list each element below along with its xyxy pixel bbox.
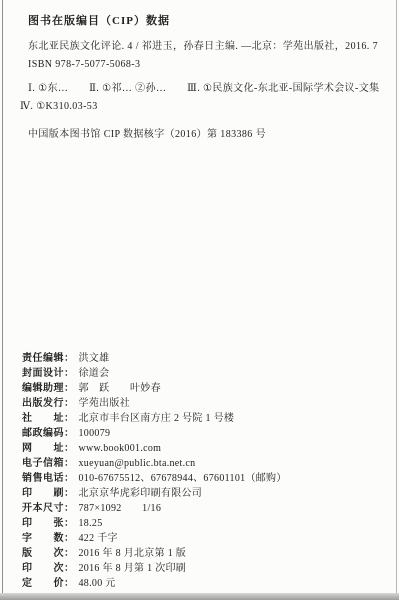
colophon-row-label: 印 次： [22,561,75,576]
colophon-row-label: 销售电话： [22,471,75,486]
colophon-row: 封面设计： 徐道会 [22,366,389,381]
colophon-row: 版 次： 2016 年 8 月北京第 1 版 [22,546,389,561]
cip-title-line: 东北亚民族文化评论. 4 / 祁进玉，孙春日主编. —北京：学苑出版社，2016… [28,38,387,56]
cip-header: 图书在版编目（CIP）数据 [28,12,387,28]
colophon-row-value: 100079 [79,426,111,441]
colophon-row-value: 2016 年 8 月北京第 1 版 [79,546,187,561]
colophon-row-value: xueyuan@public.bta.net.cn [79,456,196,471]
colophon-block: 责任编辑： 洪文雄 封面设计： 徐道会 编辑助理： 郭 跃 叶妙春 出版发行： … [22,351,389,591]
cip-isbn-line: ISBN 978-7-5077-5068-3 [28,56,387,74]
colophon-row-value: 18.25 [79,516,103,531]
colophon-row-value: 北京市丰台区南方庄 2 号院 1 号楼 [79,411,235,426]
colophon-row: 出版发行： 学苑出版社 [22,396,389,411]
colophon-row-label: 电子信箱： [22,456,75,471]
colophon-row: 印 次： 2016 年 8 月第 1 次印刷 [22,561,389,576]
colophon-row: 电子信箱： xueyuan@public.bta.net.cn [22,456,389,471]
book-copyright-page: 图书在版编目（CIP）数据 东北亚民族文化评论. 4 / 祁进玉，孙春日主编. … [0,0,399,600]
colophon-row: 字 数： 422 千字 [22,531,389,546]
colophon-row: 网 址： www.book001.com [22,441,389,456]
colophon-row-value: 徐道会 [79,366,110,381]
colophon-row: 责任编辑： 洪文雄 [22,351,389,366]
colophon-row: 社 址： 北京市丰台区南方庄 2 号院 1 号楼 [22,411,389,426]
colophon-row-label: 字 数： [22,531,75,546]
colophon-row-value: www.book001.com [79,441,162,456]
colophon-row: 印 刷： 北京京华虎彩印刷有限公司 [22,486,389,501]
colophon-row-value: 学苑出版社 [79,396,131,411]
colophon-row-value: 787×1092 1/16 [79,501,162,516]
colophon-row-label: 社 址： [22,411,75,426]
colophon-row-label: 网 址： [22,441,75,456]
colophon-row-value: 48.00 元 [79,576,116,591]
colophon-row-label: 封面设计： [22,366,75,381]
scan-edge-bottom [0,593,399,600]
cip-classification-line-2: Ⅳ. ①K310.03-53 [20,98,387,116]
colophon-row-label: 印 刷： [22,486,75,501]
colophon-row-value: 郭 跃 叶妙春 [79,381,161,396]
colophon-row-value: 洪文雄 [79,351,110,366]
colophon-row: 邮政编码： 100079 [22,426,389,441]
colophon-row-value: 422 千字 [79,531,118,546]
colophon-row-label: 编辑助理： [22,381,75,396]
colophon-row: 销售电话： 010-67675512、67678944、67601101（邮购） [22,471,389,486]
colophon-row-label: 邮政编码： [22,426,75,441]
colophon-row-label: 版 次： [22,546,75,561]
colophon-row: 开本尺寸： 787×1092 1/16 [22,501,389,516]
scan-edge-left [2,0,3,593]
colophon-row-label: 开本尺寸： [22,501,75,516]
colophon-row-label: 定 价： [22,576,75,591]
scan-edge-right [396,0,397,593]
colophon-row: 定 价： 48.00 元 [22,576,389,591]
colophon-row-label: 印 张： [22,516,75,531]
cip-data-block: 图书在版编目（CIP）数据 东北亚民族文化评论. 4 / 祁进玉，孙春日主编. … [28,12,387,144]
colophon-row: 印 张： 18.25 [22,516,389,531]
colophon-row-label: 责任编辑： [22,351,75,366]
cip-record-number-line: 中国版本图书馆 CIP 数据核字（2016）第 183386 号 [28,126,387,144]
colophon-row-value: 2016 年 8 月第 1 次印刷 [79,561,187,576]
colophon-row-value: 010-67675512、67678944、67601101（邮购） [79,471,287,486]
colophon-row-value: 北京京华虎彩印刷有限公司 [79,486,203,501]
colophon-row: 编辑助理： 郭 跃 叶妙春 [22,381,389,396]
colophon-row-label: 出版发行： [22,396,75,411]
cip-classification-line-1: Ⅰ. ①东… Ⅱ. ①祁… ②孙… Ⅲ. ①民族文化-东北亚-国际学术会议-文集 [28,80,387,98]
